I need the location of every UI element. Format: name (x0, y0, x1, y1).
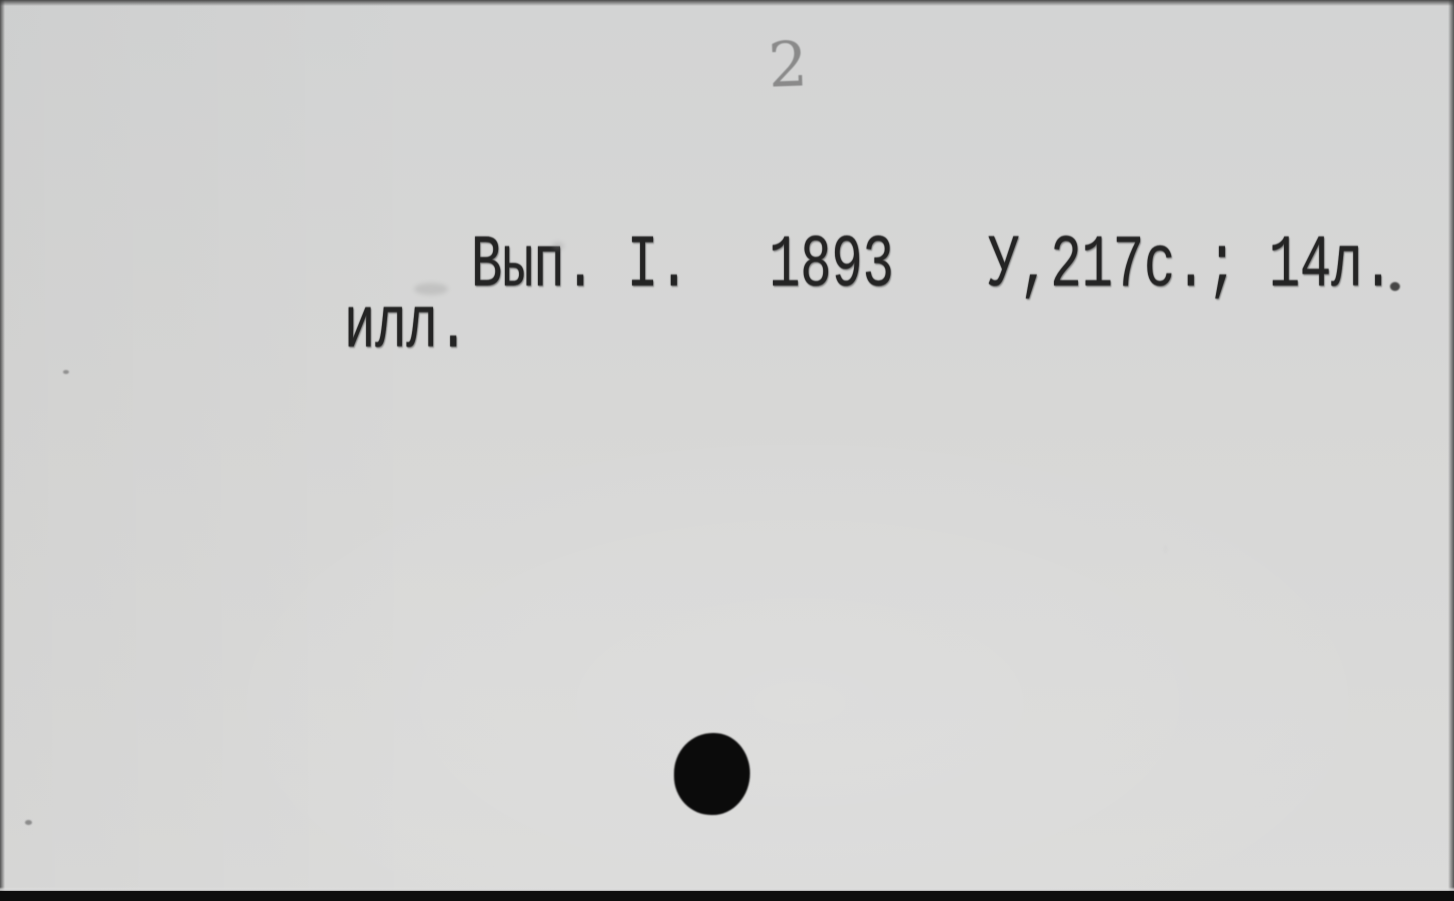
entry-collation-continuation-text: илл. (344, 291, 469, 365)
scan-speck (25, 820, 32, 825)
scan-speck (1163, 545, 1168, 554)
catalog-card-scan: 2 Вып. I. 1893 У,217с.; 14л. илл. (0, 0, 1454, 901)
scan-edge-right (1448, 0, 1454, 901)
handwritten-page-number: 2 (757, 33, 819, 97)
scan-edge-top (0, 0, 1454, 6)
entry-year-text: 1893 (769, 230, 894, 304)
scan-smudge (552, 242, 564, 250)
scan-bottom-bar (0, 891, 1454, 901)
scan-speck (63, 370, 69, 374)
entry-issue-text: Вып. I. (471, 230, 689, 304)
scan-speck (1390, 282, 1400, 291)
entry-collation-text: У,217с.; 14л. (988, 230, 1394, 304)
scan-edge-left (0, 0, 5, 901)
ink-dot-icon (674, 733, 750, 815)
scan-smudge (414, 283, 448, 295)
